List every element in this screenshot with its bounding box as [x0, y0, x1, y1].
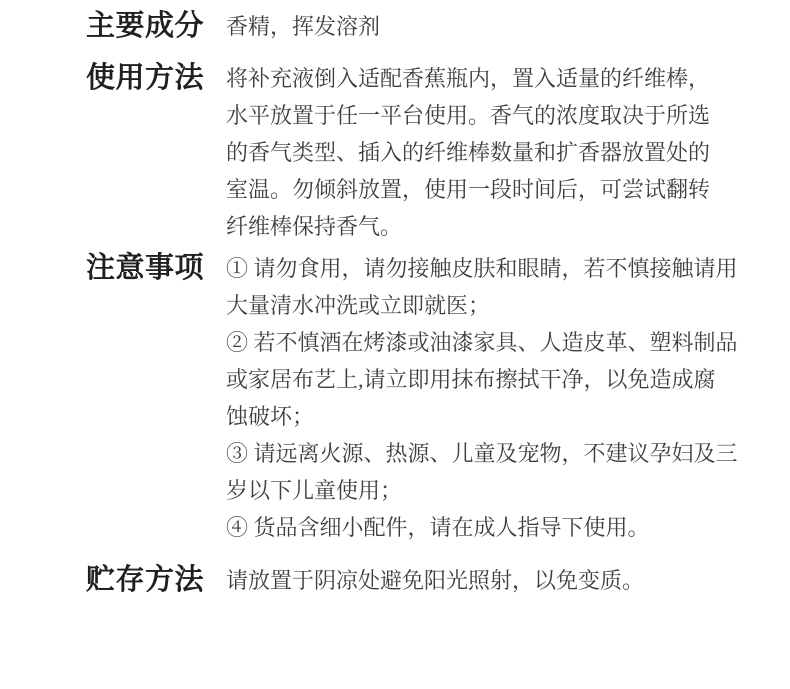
text-line: ④ 货品含细小配件，请在成人指导下使用。	[226, 509, 738, 546]
text-line: 水平放置于任一平台使用。香气的浓度取决于所选	[226, 97, 710, 134]
section-heading: 贮存方法	[86, 562, 226, 599]
section-main-ingredients: 主要成分 香精，挥发溶剂	[86, 8, 790, 45]
text-line: 将补充液倒入适配香蕉瓶内，置入适量的纤维棒，	[226, 60, 710, 97]
section-precautions: 注意事项 ① 请勿食用，请勿接触皮肤和眼睛，若不慎接触请用 大量清水冲洗或立即就…	[86, 250, 790, 546]
text-line: 的香气类型、插入的纤维棒数量和扩香器放置处的	[226, 134, 710, 171]
text-line: 请放置于阴凉处避免阳光照射，以免变质。	[226, 562, 644, 599]
section-heading: 使用方法	[86, 60, 226, 97]
text-line: 岁以下儿童使用；	[226, 472, 738, 509]
text-line: ① 请勿食用，请勿接触皮肤和眼睛，若不慎接触请用	[226, 250, 738, 287]
section-heading: 注意事项	[86, 250, 226, 287]
section-heading: 主要成分	[86, 8, 226, 45]
section-content: 将补充液倒入适配香蕉瓶内，置入适量的纤维棒， 水平放置于任一平台使用。香气的浓度…	[226, 60, 710, 245]
text-line: 香精，挥发溶剂	[226, 8, 380, 45]
text-line: 大量清水冲洗或立即就医；	[226, 287, 738, 324]
text-line: 蚀破坏；	[226, 398, 738, 435]
text-line: 或家居布艺上,请立即用抹布擦拭干净，以免造成腐	[226, 361, 738, 398]
text-line: 室温。勿倾斜放置，使用一段时间后，可尝试翻转	[226, 171, 710, 208]
section-storage-instructions: 贮存方法 请放置于阴凉处避免阳光照射，以免变质。	[86, 562, 790, 599]
product-description-page: 主要成分 香精，挥发溶剂 使用方法 将补充液倒入适配香蕉瓶内，置入适量的纤维棒，…	[0, 0, 790, 689]
section-content: 请放置于阴凉处避免阳光照射，以免变质。	[226, 562, 644, 599]
text-line: 纤维棒保持香气。	[226, 208, 710, 245]
section-content: ① 请勿食用，请勿接触皮肤和眼睛，若不慎接触请用 大量清水冲洗或立即就医； ② …	[226, 250, 738, 546]
section-content: 香精，挥发溶剂	[226, 8, 380, 45]
section-usage-instructions: 使用方法 将补充液倒入适配香蕉瓶内，置入适量的纤维棒， 水平放置于任一平台使用。…	[86, 60, 790, 245]
text-line: ③ 请远离火源、热源、儿童及宠物，不建议孕妇及三	[226, 435, 738, 472]
text-line: ② 若不慎酒在烤漆或油漆家具、人造皮革、塑料制品	[226, 324, 738, 361]
